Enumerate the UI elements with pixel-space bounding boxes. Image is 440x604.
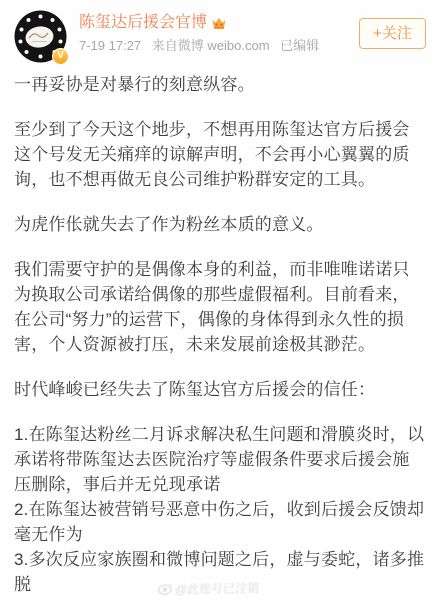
crown-icon bbox=[211, 16, 227, 30]
avatar[interactable]: V bbox=[14, 10, 67, 63]
paragraph: 为虎作伥就失去了作为粉丝本质的意义。 bbox=[14, 212, 426, 237]
verified-badge-icon: V bbox=[52, 48, 69, 65]
post-header: V 陈玺达后援会官博 7-19 17:27 来自微博 weibo.com 已编辑… bbox=[0, 0, 440, 63]
list-item: 1.在陈玺达粉丝二月诉求解决私生问题和滑膜炎时，以承诺将带陈玺达去医院治疗等虚假… bbox=[14, 422, 426, 497]
paragraph: 一再妥协是对暴行的刻意纵容。 bbox=[14, 72, 426, 97]
post-body: 一再妥协是对暴行的刻意纵容。 至少到了今天这个地步，不想再用陈玺达官方后援会这个… bbox=[0, 63, 440, 597]
source-label: 来自微博 weibo.com bbox=[152, 38, 270, 53]
grievance-list: 1.在陈玺达粉丝二月诉求解决私生问题和滑膜炎时，以承诺将带陈玺达去医院治疗等虚假… bbox=[14, 422, 426, 597]
paragraph: 至少到了今天这个地步，不想再用陈玺达官方后援会这个号发无关痛痒的谅解声明，不会再… bbox=[14, 117, 426, 192]
list-item: 2.在陈玺达被营销号恶意中伤之后，收到后援会反馈却毫无作为 bbox=[14, 497, 426, 547]
paragraph: 我们需要守护的是偶像本身的利益，而非唯唯诺诺只为换取公司承诺给偶像的那些虚假福利… bbox=[14, 257, 426, 357]
paragraph: 时代峰峻已经失去了陈玺达官方后援会的信任： bbox=[14, 377, 426, 402]
username-link[interactable]: 陈玺达后援会官博 bbox=[79, 12, 207, 33]
header-text-column: 陈玺达后援会官博 7-19 17:27 来自微博 weibo.com 已编辑 bbox=[79, 10, 359, 54]
name-row: 陈玺达后援会官博 bbox=[79, 12, 359, 33]
edited-label: 已编辑 bbox=[280, 38, 319, 53]
weibo-post-screenshot: V 陈玺达后援会官博 7-19 17:27 来自微博 weibo.com 已编辑… bbox=[0, 0, 440, 604]
timestamp: 7-19 17:27 bbox=[79, 38, 141, 53]
list-item: 3.多次反应家族圈和微博问题之后，虚与委蛇，诸多推脱 bbox=[14, 547, 426, 597]
follow-button[interactable]: +关注 bbox=[359, 18, 426, 49]
post-meta: 7-19 17:27 来自微博 weibo.com 已编辑 bbox=[79, 38, 359, 54]
